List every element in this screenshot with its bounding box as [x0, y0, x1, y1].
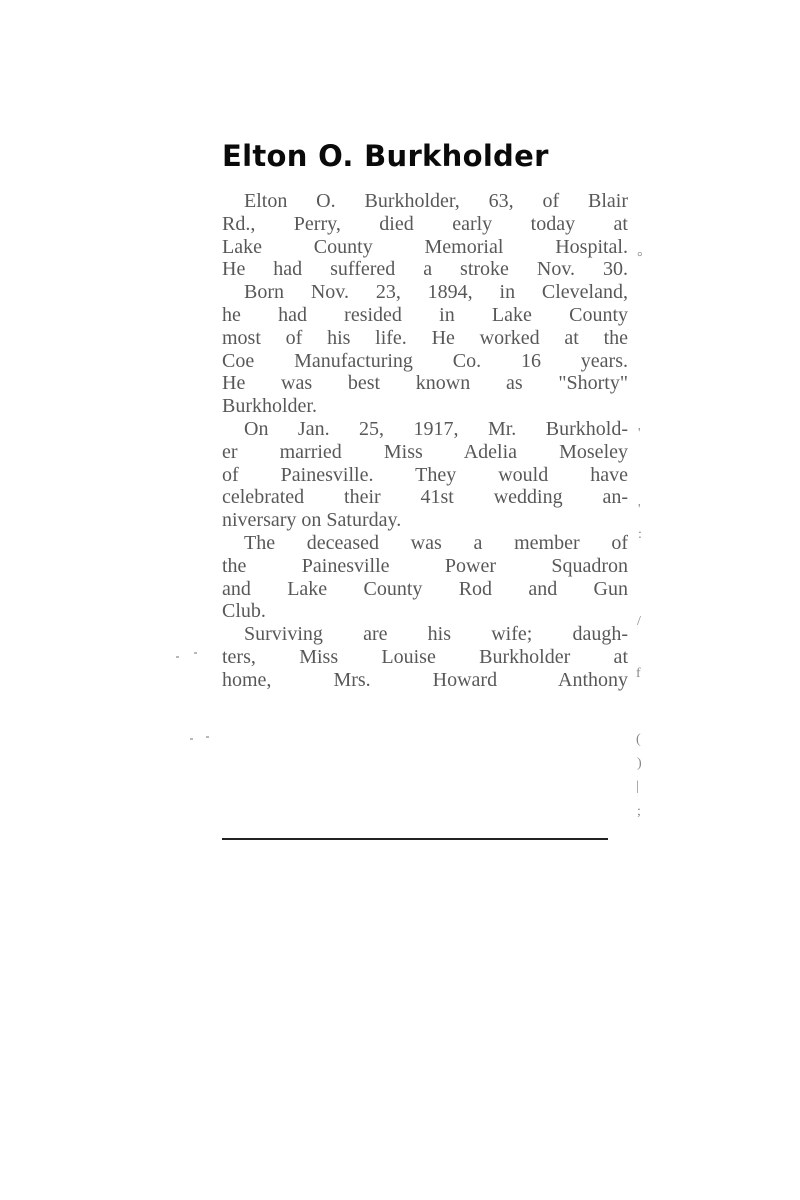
margin-artifact: ° — [637, 250, 643, 266]
scan-speck — [190, 738, 193, 740]
margin-artifact: ' — [638, 502, 641, 518]
text-line: the Painesville Power Squadron — [222, 555, 628, 578]
text-line: ters, Miss Louise Burkholder at — [222, 646, 628, 669]
obituary-body: Elton O. Burkholder, 63, of Blair Rd., P… — [222, 190, 628, 692]
text-line: home, Mrs. Howard Anthony — [222, 669, 628, 692]
text-line: celebrated their 41st wedding an- — [222, 486, 628, 509]
text-line: Rd., Perry, died early today at — [222, 213, 628, 236]
text-line: and Lake County Rod and Gun — [222, 578, 628, 601]
margin-artifact: | — [636, 779, 639, 795]
text-line: Elton O. Burkholder, 63, of Blair — [222, 190, 628, 213]
text-line: He had suffered a stroke Nov. 30. — [222, 258, 628, 281]
scan-speck — [206, 736, 209, 738]
scan-speck — [176, 656, 179, 658]
text-line: Coe Manufacturing Co. 16 years. — [222, 350, 628, 373]
newspaper-clipping: Elton O. Burkholder Elton O. Burkholder,… — [222, 138, 630, 692]
text-line: Burkholder. — [222, 395, 628, 418]
margin-artifact: ( — [636, 732, 641, 748]
margin-artifact: : — [638, 527, 642, 543]
paragraph-survivors: Surviving are his wife; daugh- ters, Mis… — [222, 623, 628, 691]
text-line: most of his life. He worked at the — [222, 327, 628, 350]
text-line: of Painesville. They would have — [222, 464, 628, 487]
text-line: Club. — [222, 600, 628, 623]
scan-speck — [194, 652, 197, 654]
paragraph-biography: Born Nov. 23, 1894, in Cleveland, he had… — [222, 281, 628, 418]
column-rule-divider — [222, 838, 608, 840]
margin-artifact: / — [637, 614, 641, 630]
text-line: Lake County Memorial Hospital. — [222, 236, 628, 259]
paragraph-marriage: On Jan. 25, 1917, Mr. Burkhold- er marri… — [222, 418, 628, 532]
text-line: niversary on Saturday. — [222, 509, 628, 532]
text-line: er married Miss Adelia Moseley — [222, 441, 628, 464]
text-line: he had resided in Lake County — [222, 304, 628, 327]
text-line: He was best known as "Shorty" — [222, 372, 628, 395]
text-line: Born Nov. 23, 1894, in Cleveland, — [222, 281, 628, 304]
paragraph-memberships: The deceased was a member of the Painesv… — [222, 532, 628, 623]
text-line: The deceased was a member of — [222, 532, 628, 555]
text-line: On Jan. 25, 1917, Mr. Burkhold- — [222, 418, 628, 441]
text-line: Surviving are his wife; daugh- — [222, 623, 628, 646]
margin-artifact: ) — [637, 756, 642, 772]
obituary-headline: Elton O. Burkholder — [222, 138, 630, 174]
margin-artifact: ; — [637, 804, 641, 820]
margin-artifact: f — [636, 666, 641, 682]
paragraph-death-notice: Elton O. Burkholder, 63, of Blair Rd., P… — [222, 190, 628, 281]
margin-artifact: ' — [638, 426, 641, 442]
